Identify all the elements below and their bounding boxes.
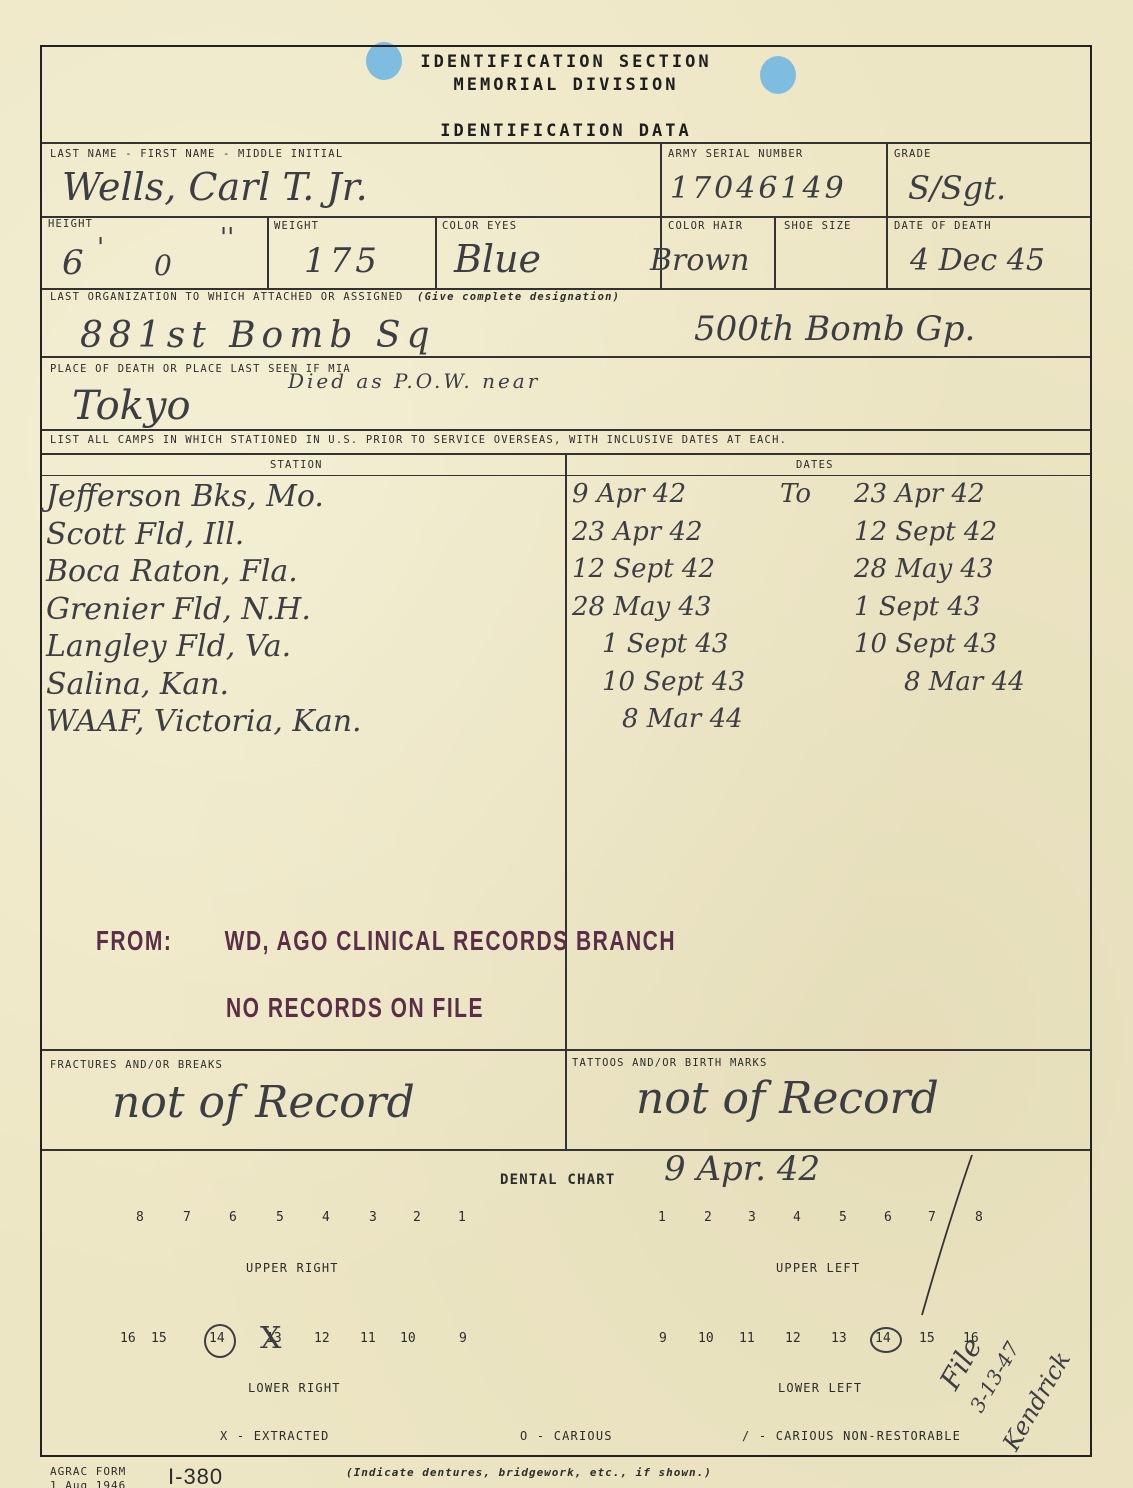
- tooth-lower-right[interactable]: 11: [360, 1331, 376, 1346]
- eyes-value[interactable]: Blue: [454, 237, 541, 281]
- weight-label: WEIGHT: [274, 220, 319, 232]
- section-title: IDENTIFICATION SECTION: [42, 52, 1090, 72]
- camp-station[interactable]: Jefferson Bks, Mo.: [46, 479, 324, 514]
- height-label: HEIGHT: [48, 218, 93, 230]
- upper-right-label: UPPER RIGHT: [246, 1261, 339, 1275]
- grade-value[interactable]: S/Sgt.: [908, 169, 1006, 207]
- lower-left-label: LOWER LEFT: [778, 1381, 862, 1395]
- organization-hint: (Give complete designation): [417, 291, 620, 303]
- serial-value[interactable]: 17046149: [670, 171, 847, 206]
- form-title: IDENTIFICATION DATA: [42, 121, 1090, 141]
- camp-date-to[interactable]: 10 Sept 43: [854, 629, 997, 659]
- upper-left-label: UPPER LEFT: [776, 1261, 860, 1275]
- death-date-value[interactable]: 4 Dec 45: [910, 243, 1045, 278]
- footer-note: (Indicate dentures, bridgework, etc., if…: [346, 1466, 712, 1479]
- tooth-lower-left[interactable]: 13: [831, 1331, 847, 1346]
- legend-carious: O - CARIOUS: [520, 1429, 613, 1443]
- stamp-source: WD, AGO CLINICAL RECORDS BRANCH: [225, 925, 676, 956]
- tattoos-value[interactable]: not of Record: [636, 1073, 939, 1124]
- fractures-label: FRACTURES AND/OR BREAKS: [50, 1059, 223, 1071]
- organization-squadron[interactable]: 881st Bomb Sq: [80, 315, 436, 356]
- camp-station[interactable]: Grenier Fld, N.H.: [46, 592, 311, 627]
- camp-station[interactable]: Scott Fld, Ill.: [46, 517, 244, 552]
- tooth-upper-left[interactable]: 6: [884, 1210, 892, 1225]
- tooth-upper-left[interactable]: 2: [704, 1210, 712, 1225]
- stamp-from: FROM:: [96, 925, 172, 956]
- tattoos-label: TATTOOS AND/OR BIRTH MARKS: [572, 1057, 768, 1069]
- fractures-value[interactable]: not of Record: [112, 1077, 415, 1128]
- camp-date-from[interactable]: 23 Apr 42: [572, 517, 703, 547]
- camp-date-from[interactable]: 28 May 43: [572, 592, 712, 622]
- tooth-lower-right[interactable]: 12: [314, 1331, 330, 1346]
- death-date-label: DATE OF DEATH: [894, 220, 992, 232]
- stamp-line-2: NO RECORDS ON FILE: [226, 992, 484, 1024]
- hair-label: COLOR HAIR: [668, 220, 743, 232]
- extracted-mark: X: [260, 1321, 281, 1356]
- tooth-upper-right[interactable]: 7: [183, 1210, 191, 1225]
- camps-instruction: LIST ALL CAMPS IN WHICH STATIONED IN U.S…: [50, 434, 787, 446]
- camp-station[interactable]: Langley Fld, Va.: [46, 629, 291, 664]
- camp-date-from[interactable]: 8 Mar 44: [622, 704, 743, 734]
- name-value[interactable]: Wells, Carl T. Jr.: [62, 165, 368, 209]
- height-inch-mark: '': [220, 223, 234, 253]
- camp-station[interactable]: Boca Raton, Fla.: [46, 554, 298, 589]
- tooth-upper-left[interactable]: 7: [928, 1210, 936, 1225]
- tooth-lower-left[interactable]: 11: [739, 1331, 755, 1346]
- carious-mark: [870, 1327, 902, 1353]
- tooth-upper-left[interactable]: 3: [748, 1210, 756, 1225]
- tooth-upper-right[interactable]: 2: [413, 1210, 421, 1225]
- weight-value[interactable]: 175: [304, 241, 381, 281]
- camp-date-to[interactable]: 8 Mar 44: [904, 667, 1025, 697]
- place-of-death-note[interactable]: Died as P.O.W. near: [288, 369, 540, 393]
- tooth-upper-right[interactable]: 6: [229, 1210, 237, 1225]
- camp-date-separator: To: [780, 479, 811, 509]
- camp-date-from[interactable]: 12 Sept 42: [572, 554, 715, 584]
- tooth-upper-left[interactable]: 5: [839, 1210, 847, 1225]
- tooth-upper-right[interactable]: 4: [322, 1210, 330, 1225]
- tooth-upper-left[interactable]: 4: [793, 1210, 801, 1225]
- tooth-upper-left[interactable]: 1: [658, 1210, 666, 1225]
- camp-date-to[interactable]: 28 May 43: [854, 554, 994, 584]
- camp-date-to[interactable]: 23 Apr 42: [854, 479, 985, 509]
- tooth-lower-left[interactable]: 9: [659, 1331, 667, 1346]
- carious-mark: [204, 1324, 236, 1358]
- camp-date-from[interactable]: 1 Sept 43: [602, 629, 728, 659]
- height-inches[interactable]: 0: [154, 249, 172, 282]
- station-header: STATION: [270, 459, 323, 471]
- form-date: 1 Aug 1946: [50, 1479, 126, 1488]
- dental-chart-date[interactable]: 9 Apr. 42: [664, 1149, 820, 1189]
- tooth-upper-left[interactable]: 8: [975, 1210, 983, 1225]
- camp-date-to[interactable]: 1 Sept 43: [854, 592, 980, 622]
- division-title: MEMORIAL DIVISION: [42, 75, 1090, 95]
- hair-value[interactable]: Brown: [650, 243, 749, 278]
- tooth-upper-right[interactable]: 8: [136, 1210, 144, 1225]
- camp-station[interactable]: WAAF, Victoria, Kan.: [46, 704, 362, 739]
- serial-label: ARMY SERIAL NUMBER: [668, 148, 803, 160]
- tooth-lower-left[interactable]: 10: [698, 1331, 714, 1346]
- name-label: LAST NAME - FIRST NAME - MIDDLE INITIAL: [50, 148, 343, 160]
- form-label: AGRAC FORM: [50, 1465, 126, 1478]
- dental-chart-title: DENTAL CHART: [500, 1172, 616, 1188]
- tooth-lower-right[interactable]: 10: [400, 1331, 416, 1346]
- camp-date-from[interactable]: 9 Apr 42: [572, 479, 686, 509]
- camp-date-to[interactable]: 12 Sept 42: [854, 517, 997, 547]
- lower-right-label: LOWER RIGHT: [248, 1381, 341, 1395]
- tooth-upper-right[interactable]: 1: [458, 1210, 466, 1225]
- tooth-upper-right[interactable]: 3: [369, 1210, 377, 1225]
- grade-label: GRADE: [894, 148, 932, 160]
- form-number: I-380: [168, 1464, 223, 1488]
- tooth-lower-right[interactable]: 15: [151, 1331, 167, 1346]
- height-feet-mark: ': [97, 233, 104, 263]
- organization-label: LAST ORGANIZATION TO WHICH ATTACHED OR A…: [50, 291, 620, 303]
- dates-header: DATES: [796, 459, 834, 471]
- legend-extracted: X - EXTRACTED: [220, 1429, 330, 1443]
- eyes-label: COLOR EYES: [442, 220, 517, 232]
- tooth-lower-left[interactable]: 15: [919, 1331, 935, 1346]
- tooth-lower-right[interactable]: 16: [120, 1331, 136, 1346]
- height-feet[interactable]: 6: [62, 243, 84, 283]
- organization-label-text: LAST ORGANIZATION TO WHICH ATTACHED OR A…: [50, 291, 404, 303]
- stamp-line-1: FROM: WD, AGO CLINICAL RECORDS BRANCH: [96, 925, 676, 957]
- tooth-lower-right[interactable]: 9: [459, 1331, 467, 1346]
- camp-date-from[interactable]: 10 Sept 43: [602, 667, 745, 697]
- tooth-upper-right[interactable]: 5: [276, 1210, 284, 1225]
- place-of-death-value[interactable]: Tokyo: [72, 383, 191, 429]
- organization-group[interactable]: 500th Bomb Gp.: [694, 309, 975, 349]
- legend-non-restorable: / - CARIOUS NON-RESTORABLE: [742, 1429, 961, 1443]
- identification-form: IDENTIFICATION SECTION MEMORIAL DIVISION…: [40, 45, 1092, 1457]
- shoe-label: SHOE SIZE: [784, 220, 852, 232]
- camp-station[interactable]: Salina, Kan.: [46, 667, 229, 702]
- tooth-lower-left[interactable]: 12: [785, 1331, 801, 1346]
